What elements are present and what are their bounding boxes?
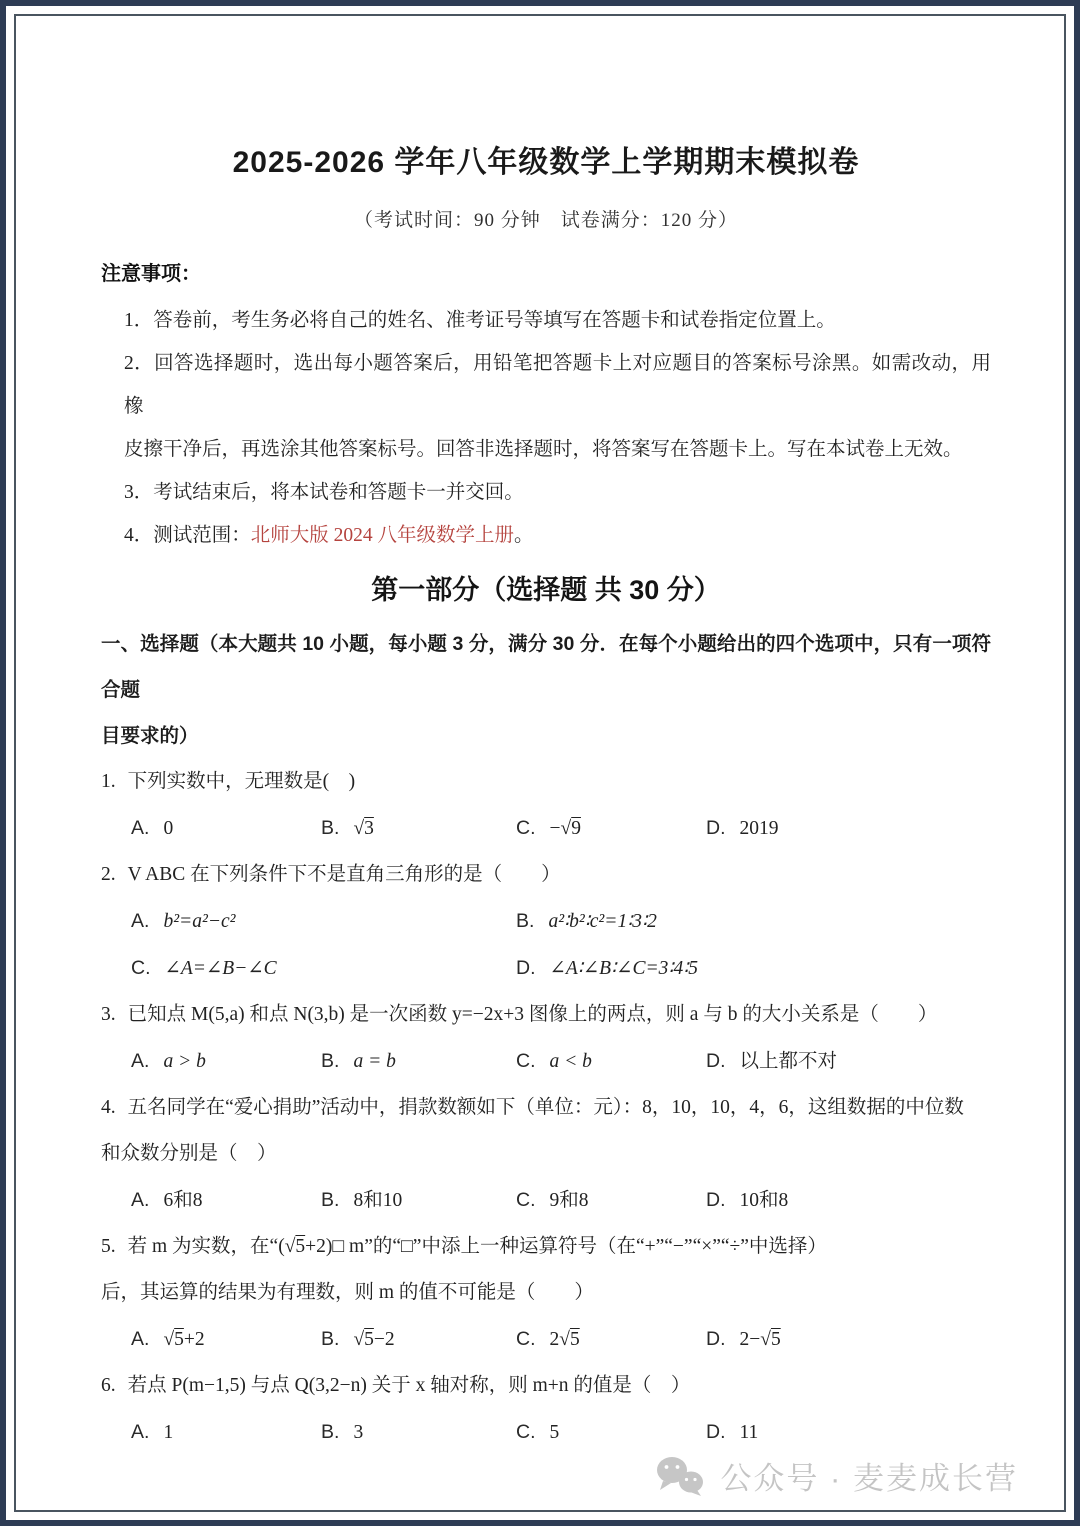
option-c: C.9和8: [516, 1177, 706, 1224]
wechat-icon: [653, 1455, 707, 1497]
option-b: B.√3: [321, 805, 516, 852]
option-a: A.√5+2: [131, 1316, 321, 1363]
choice-intro-line-1: 一、选择题（本大题共 10 小题，每小题 3 分，满分 30 分．在每个小题给出…: [101, 621, 991, 713]
page-title: 2025-2026 学年八年级数学上学期期末模拟卷: [101, 142, 991, 184]
option-c: C.−√9: [516, 805, 706, 852]
question-number: 4.: [101, 1097, 116, 1118]
option-b: B.a²∶b²∶c²=1∶3∶2: [516, 898, 991, 945]
notice-heading: 注意事项：: [101, 261, 991, 287]
exam-paper-page: 2025-2026 学年八年级数学上学期期末模拟卷 （考试时间：90 分钟 试卷…: [0, 0, 1080, 1526]
question-6-options: A.1 B.3 C.5 D.11: [101, 1409, 991, 1456]
question-2-text: 2.V ABC 在下列条件下不是直角三角形的是（ ）: [101, 852, 991, 898]
question-number: 6.: [101, 1375, 116, 1396]
notice-item-4-suffix: 。: [514, 525, 534, 546]
page-content: 2025-2026 学年八年级数学上学期期末模拟卷 （考试时间：90 分钟 试卷…: [101, 6, 991, 1456]
question-2-options-row-2: C.∠A=∠B−∠C D.∠A∶∠B∶∠C=3∶4∶5: [101, 945, 991, 992]
option-c: C.a < b: [516, 1038, 706, 1085]
notice-item-1: 1．答卷前，考生务必将自己的姓名、准考证号等填写在答题卡和试卷指定位置上。: [124, 299, 991, 342]
question-number: 5.: [101, 1236, 116, 1257]
notice-list: 1．答卷前，考生务必将自己的姓名、准考证号等填写在答题卡和试卷指定位置上。 2．…: [124, 299, 991, 557]
question-3-options: A.a > b B.a = b C.a < b D.以上都不对: [101, 1038, 991, 1085]
notice-item-4: 4．测试范围：北师大版 2024 八年级数学上册。: [124, 514, 991, 557]
option-d: D.11: [706, 1409, 991, 1456]
question-3-text: 3.已知点 M(5,a) 和点 N(3,b) 是一次函数 y=−2x+3 图像上…: [101, 992, 991, 1038]
notice-item-4-scope-red: 北师大版 2024 八年级数学上册: [251, 525, 514, 546]
question-6: 6.若点 P(m−1,5) 与点 Q(3,2−n) 关于 x 轴对称，则 m+n…: [101, 1363, 991, 1456]
option-c: C.∠A=∠B−∠C: [131, 945, 516, 992]
question-4-text-line-2: 和众数分别是（ ）: [101, 1131, 991, 1177]
section-one-title: 第一部分（选择题 共 30 分）: [101, 571, 991, 609]
question-4: 4.五名同学在“爱心捐助”活动中，捐款数额如下（单位：元）：8，10，10，4，…: [101, 1085, 991, 1224]
watermark-text: 公众号 · 麦麦成长营: [720, 1453, 1018, 1498]
question-4-options: A.6和8 B.8和10 C.9和8 D.10和8: [101, 1177, 991, 1224]
option-c: C.5: [516, 1409, 706, 1456]
question-number: 1.: [101, 771, 116, 792]
question-1-text: 1.下列实数中，无理数是( ): [101, 759, 991, 805]
option-a: A.1: [131, 1409, 321, 1456]
question-5-text-line-2: 后，其运算的结果为有理数，则 m 的值不可能是（ ）: [101, 1270, 991, 1316]
option-b: B.3: [321, 1409, 516, 1456]
option-d: D.以上都不对: [706, 1038, 991, 1085]
option-a: A.b²=a²−c²: [131, 898, 516, 945]
option-b: B.√5−2: [321, 1316, 516, 1363]
option-d: D.2−√5: [706, 1316, 991, 1363]
question-5-options: A.√5+2 B.√5−2 C.2√5 D.2−√5: [101, 1316, 991, 1363]
option-a: A.6和8: [131, 1177, 321, 1224]
question-number: 3.: [101, 1004, 116, 1025]
option-c: C.2√5: [516, 1316, 706, 1363]
option-a: A.a > b: [131, 1038, 321, 1085]
notice-item-3: 3．考试结束后，将本试卷和答题卡一并交回。: [124, 471, 991, 514]
exam-time-score: （考试时间：90 分钟 试卷满分：120 分）: [101, 208, 991, 234]
question-5: 5.若 m 为实数，在“(√5+2)□ m”的“□”中添上一种运算符号（在“+”…: [101, 1224, 991, 1363]
question-4-text-line-1: 4.五名同学在“爱心捐助”活动中，捐款数额如下（单位：元）：8，10，10，4，…: [101, 1085, 991, 1131]
option-b: B.a = b: [321, 1038, 516, 1085]
question-3: 3.已知点 M(5,a) 和点 N(3,b) 是一次函数 y=−2x+3 图像上…: [101, 992, 991, 1085]
notice-item-2-line-2: 皮擦干净后，再选涂其他答案标号。回答非选择题时，将答案写在答题卡上。写在本试卷上…: [124, 428, 991, 471]
watermark-footer: 公众号 · 麦麦成长营: [653, 1453, 1018, 1498]
option-d: D.∠A∶∠B∶∠C=3∶4∶5: [516, 945, 991, 992]
question-5-text-line-1: 5.若 m 为实数，在“(√5+2)□ m”的“□”中添上一种运算符号（在“+”…: [101, 1224, 991, 1270]
question-6-text: 6.若点 P(m−1,5) 与点 Q(3,2−n) 关于 x 轴对称，则 m+n…: [101, 1363, 991, 1409]
notice-item-2-line-1: 2．回答选择题时，选出每小题答案后，用铅笔把答题卡上对应题目的答案标号涂黑。如需…: [124, 342, 991, 428]
choice-intro-line-2: 目要求的）: [101, 713, 991, 759]
question-1: 1.下列实数中，无理数是( ) A.0 B.√3 C.−√9 D.2019: [101, 759, 991, 852]
option-d: D.10和8: [706, 1177, 991, 1224]
multiple-choice-section: 一、选择题（本大题共 10 小题，每小题 3 分，满分 30 分．在每个小题给出…: [101, 621, 991, 1456]
option-b: B.8和10: [321, 1177, 516, 1224]
option-d: D.2019: [706, 805, 991, 852]
question-number: 2.: [101, 864, 116, 885]
question-2-options-row-1: A.b²=a²−c² B.a²∶b²∶c²=1∶3∶2: [101, 898, 991, 945]
question-1-options: A.0 B.√3 C.−√9 D.2019: [101, 805, 991, 852]
question-2: 2.V ABC 在下列条件下不是直角三角形的是（ ） A.b²=a²−c² B.…: [101, 852, 991, 992]
notice-item-4-prefix: 4．测试范围：: [124, 525, 251, 546]
option-a: A.0: [131, 805, 321, 852]
